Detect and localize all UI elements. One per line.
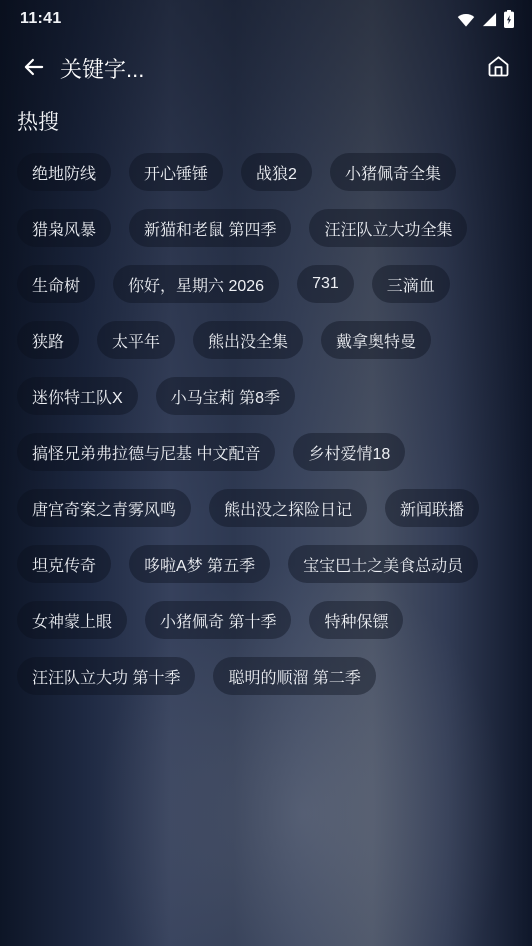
status-time: 11:41 [20,10,62,28]
hot-search-chip[interactable]: 特种保镖 [309,601,403,639]
hot-search-chip[interactable]: 小猪佩奇全集 [330,153,456,191]
hot-search-row: 绝地防线开心锤锤战狼2小猪佩奇全集 [17,153,515,191]
hot-search-chip[interactable]: 新猫和老鼠 第四季 [129,209,291,247]
cellular-signal-icon [482,12,497,27]
battery-charging-icon [504,10,514,28]
hot-search-row: 狭路太平年熊出没全集戴拿奥特曼 [17,321,515,359]
hot-search-chip[interactable]: 小马宝莉 第8季 [156,377,295,415]
hot-search-chip[interactable]: 女神蒙上眼 [17,601,127,639]
hot-search-row: 搞怪兄弟弗拉德与尼基 中文配音乡村爱情18 [17,433,515,471]
app-header: 关键字... [0,42,532,94]
home-icon [485,53,512,83]
hot-search-chip[interactable]: 绝地防线 [17,153,111,191]
hot-search-row: 生命树你好，星期六 2026731三滴血 [17,265,515,303]
hot-search-chip[interactable]: 宝宝巴士之美食总动员 [288,545,478,583]
hot-search-chip[interactable]: 迷你特工队X [17,377,138,415]
hot-search-chip[interactable]: 狭路 [17,321,79,359]
home-button[interactable] [478,48,518,88]
back-button[interactable] [14,48,54,88]
hot-search-chip[interactable]: 汪汪队立大功 第十季 [17,657,195,695]
hot-search-chip[interactable]: 乡村爱情18 [293,433,405,471]
page-title: 关键字... [60,53,478,84]
hot-search-chip[interactable]: 小猪佩奇 第十季 [145,601,291,639]
hot-search-chip[interactable]: 坦克传奇 [17,545,111,583]
hot-search-row: 女神蒙上眼小猪佩奇 第十季特种保镖 [17,601,515,639]
hot-search-chip[interactable]: 猎枭风暴 [17,209,111,247]
hot-search-chip[interactable]: 战狼2 [241,153,312,191]
hot-search-chip[interactable]: 731 [297,265,354,303]
hot-search-chip[interactable]: 熊出没全集 [193,321,303,359]
back-arrow-icon [21,54,47,83]
hot-search-row: 唐宫奇案之青雾风鸣熊出没之探险日记新闻联播 [17,489,515,527]
hot-search-chip[interactable]: 唐宫奇案之青雾风鸣 [17,489,191,527]
hot-search-chip[interactable]: 太平年 [97,321,175,359]
hot-search-row: 坦克传奇哆啦A梦 第五季宝宝巴士之美食总动员 [17,545,515,583]
search-hot-keywords-screen: { "status_bar": { "time": "11:41", "icon… [0,0,532,946]
hot-search-chip[interactable]: 你好，星期六 2026 [113,265,279,303]
hot-search-chip[interactable]: 三滴血 [372,265,450,303]
hot-search-row: 汪汪队立大功 第十季聪明的顺溜 第二季 [17,657,515,695]
hot-search-chip[interactable]: 新闻联播 [385,489,479,527]
hot-search-chip[interactable]: 生命树 [17,265,95,303]
hot-search-chip[interactable]: 熊出没之探险日记 [209,489,367,527]
status-bar: 11:41 [0,0,532,34]
wifi-icon [457,12,475,27]
hot-search-chip[interactable]: 汪汪队立大功全集 [309,209,467,247]
hot-search-chip[interactable]: 开心锤锤 [129,153,223,191]
hot-search-row: 猎枭风暴新猫和老鼠 第四季汪汪队立大功全集 [17,209,515,247]
hot-search-chip[interactable]: 哆啦A梦 第五季 [129,545,270,583]
hot-search-chips: 绝地防线开心锤锤战狼2小猪佩奇全集猎枭风暴新猫和老鼠 第四季汪汪队立大功全集生命… [17,153,515,695]
status-icons [457,10,514,28]
hot-search-chip[interactable]: 聪明的顺溜 第二季 [213,657,375,695]
hot-search-row: 迷你特工队X小马宝莉 第8季 [17,377,515,415]
hot-search-chip[interactable]: 搞怪兄弟弗拉德与尼基 中文配音 [17,433,275,471]
hot-search-chip[interactable]: 戴拿奥特曼 [321,321,431,359]
hot-search-heading: 热搜 [17,106,532,136]
